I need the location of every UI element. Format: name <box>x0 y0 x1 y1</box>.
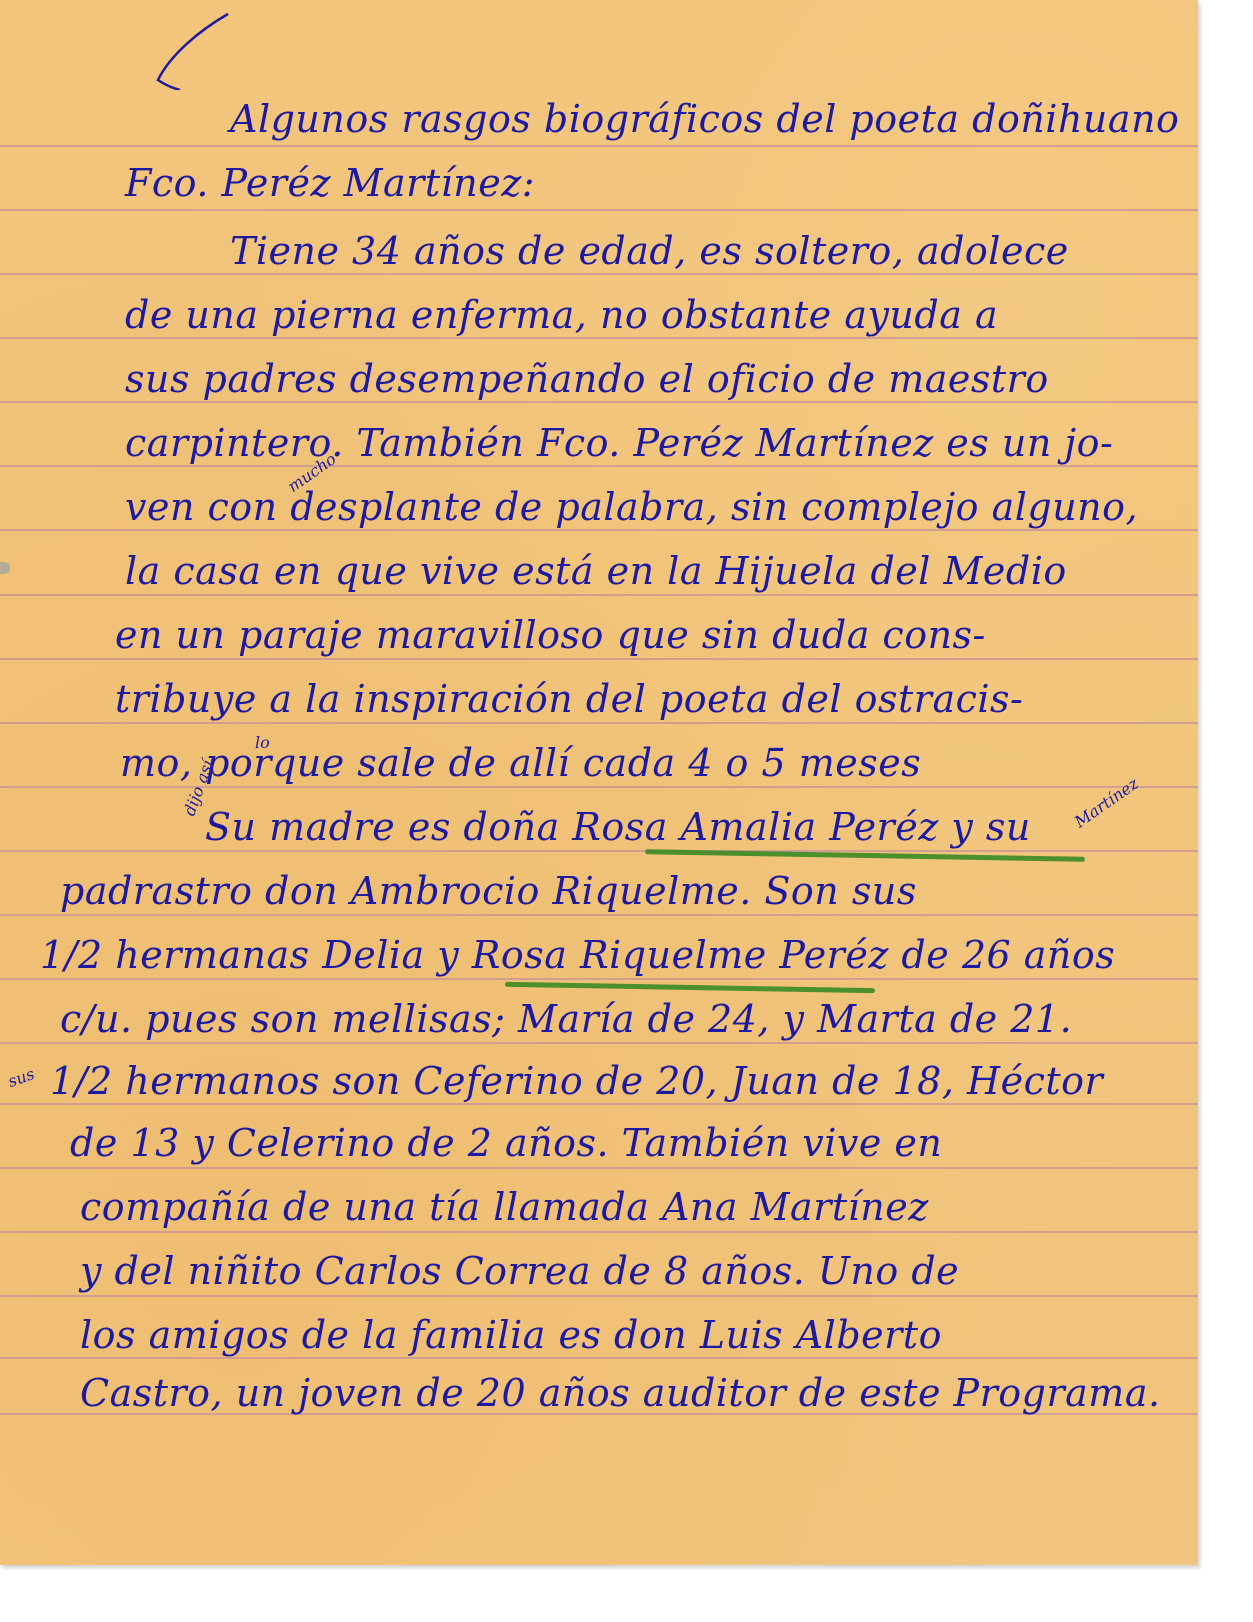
ruled-line <box>0 1231 1198 1233</box>
text-line-17: de 13 y Celerino de 2 años. También vive… <box>70 1124 942 1162</box>
annotation-sus: sus <box>6 1066 37 1090</box>
ruled-line <box>0 529 1198 531</box>
ruled-line <box>0 978 1198 980</box>
ruled-line <box>0 594 1198 596</box>
ruled-line <box>0 273 1198 275</box>
text-line-18: compañía de una tía llamada Ana Martínez <box>80 1188 929 1226</box>
text-line-20: los amigos de la familia es don Luis Alb… <box>80 1316 942 1354</box>
ruled-line <box>0 1295 1198 1297</box>
ruled-line <box>0 722 1198 724</box>
green-underline-rosa-riquelme <box>505 982 875 993</box>
text-line-1: Algunos rasgos biográficos del poeta doñ… <box>230 100 1179 138</box>
punch-hole <box>0 562 10 574</box>
text-line-9: en un paraje maravilloso que sin duda co… <box>115 616 986 654</box>
text-line-13: padrastro don Ambrocio Riquelme. Son sus <box>60 872 917 910</box>
annotation-martinez: Martínez <box>1072 775 1141 830</box>
ruled-line <box>0 786 1198 788</box>
annotation-lo: lo <box>255 735 270 751</box>
text-line-2: Fco. Peréz Martínez: <box>125 164 535 202</box>
paper-sheet: Algunos rasgos biográficos del poeta doñ… <box>0 0 1198 1565</box>
text-line-15: c/u. pues son mellisas; María de 24, y M… <box>60 1000 1072 1038</box>
text-line-7: ven con desplante de palabra, sin comple… <box>125 488 1138 526</box>
text-line-6: carpintero. También Fco. Peréz Martínez … <box>125 424 1113 462</box>
text-line-11: mo, porque sale de allí cada 4 o 5 meses <box>120 744 921 782</box>
text-line-14: 1/2 hermanas Delia y Rosa Riquelme Peréz… <box>40 936 1115 974</box>
text-line-12: Su madre es doña Rosa Amalia Peréz y su <box>205 808 1031 846</box>
text-line-10: tribuye a la inspiración del poeta del o… <box>115 680 1023 718</box>
text-line-3: Tiene 34 años de edad, es soltero, adole… <box>230 232 1069 270</box>
ruled-line <box>0 337 1198 339</box>
text-line-8: la casa en que vive está en la Hijuela d… <box>125 552 1067 590</box>
ruled-line <box>0 914 1198 916</box>
text-line-4: de una pierna enferma, no obstante ayuda… <box>125 296 998 334</box>
text-line-5: sus padres desempeñando el oficio de mae… <box>125 360 1049 398</box>
ruled-line <box>0 1167 1198 1169</box>
ruled-line <box>0 1357 1198 1359</box>
ruled-line <box>0 658 1198 660</box>
ruled-line <box>0 1042 1198 1044</box>
flourish-mark-icon <box>150 10 230 90</box>
text-line-16: 1/2 hermanos son Ceferino de 20, Juan de… <box>50 1062 1103 1100</box>
ruled-line <box>0 401 1198 403</box>
ruled-line <box>0 1103 1198 1105</box>
text-line-21: Castro, un joven de 20 años auditor de e… <box>80 1374 1161 1412</box>
ruled-line <box>0 209 1198 211</box>
ruled-line <box>0 145 1198 147</box>
ruled-line <box>0 850 1198 852</box>
text-line-19: y del niñito Carlos Correa de 8 años. Un… <box>80 1252 959 1290</box>
ruled-line <box>0 465 1198 467</box>
